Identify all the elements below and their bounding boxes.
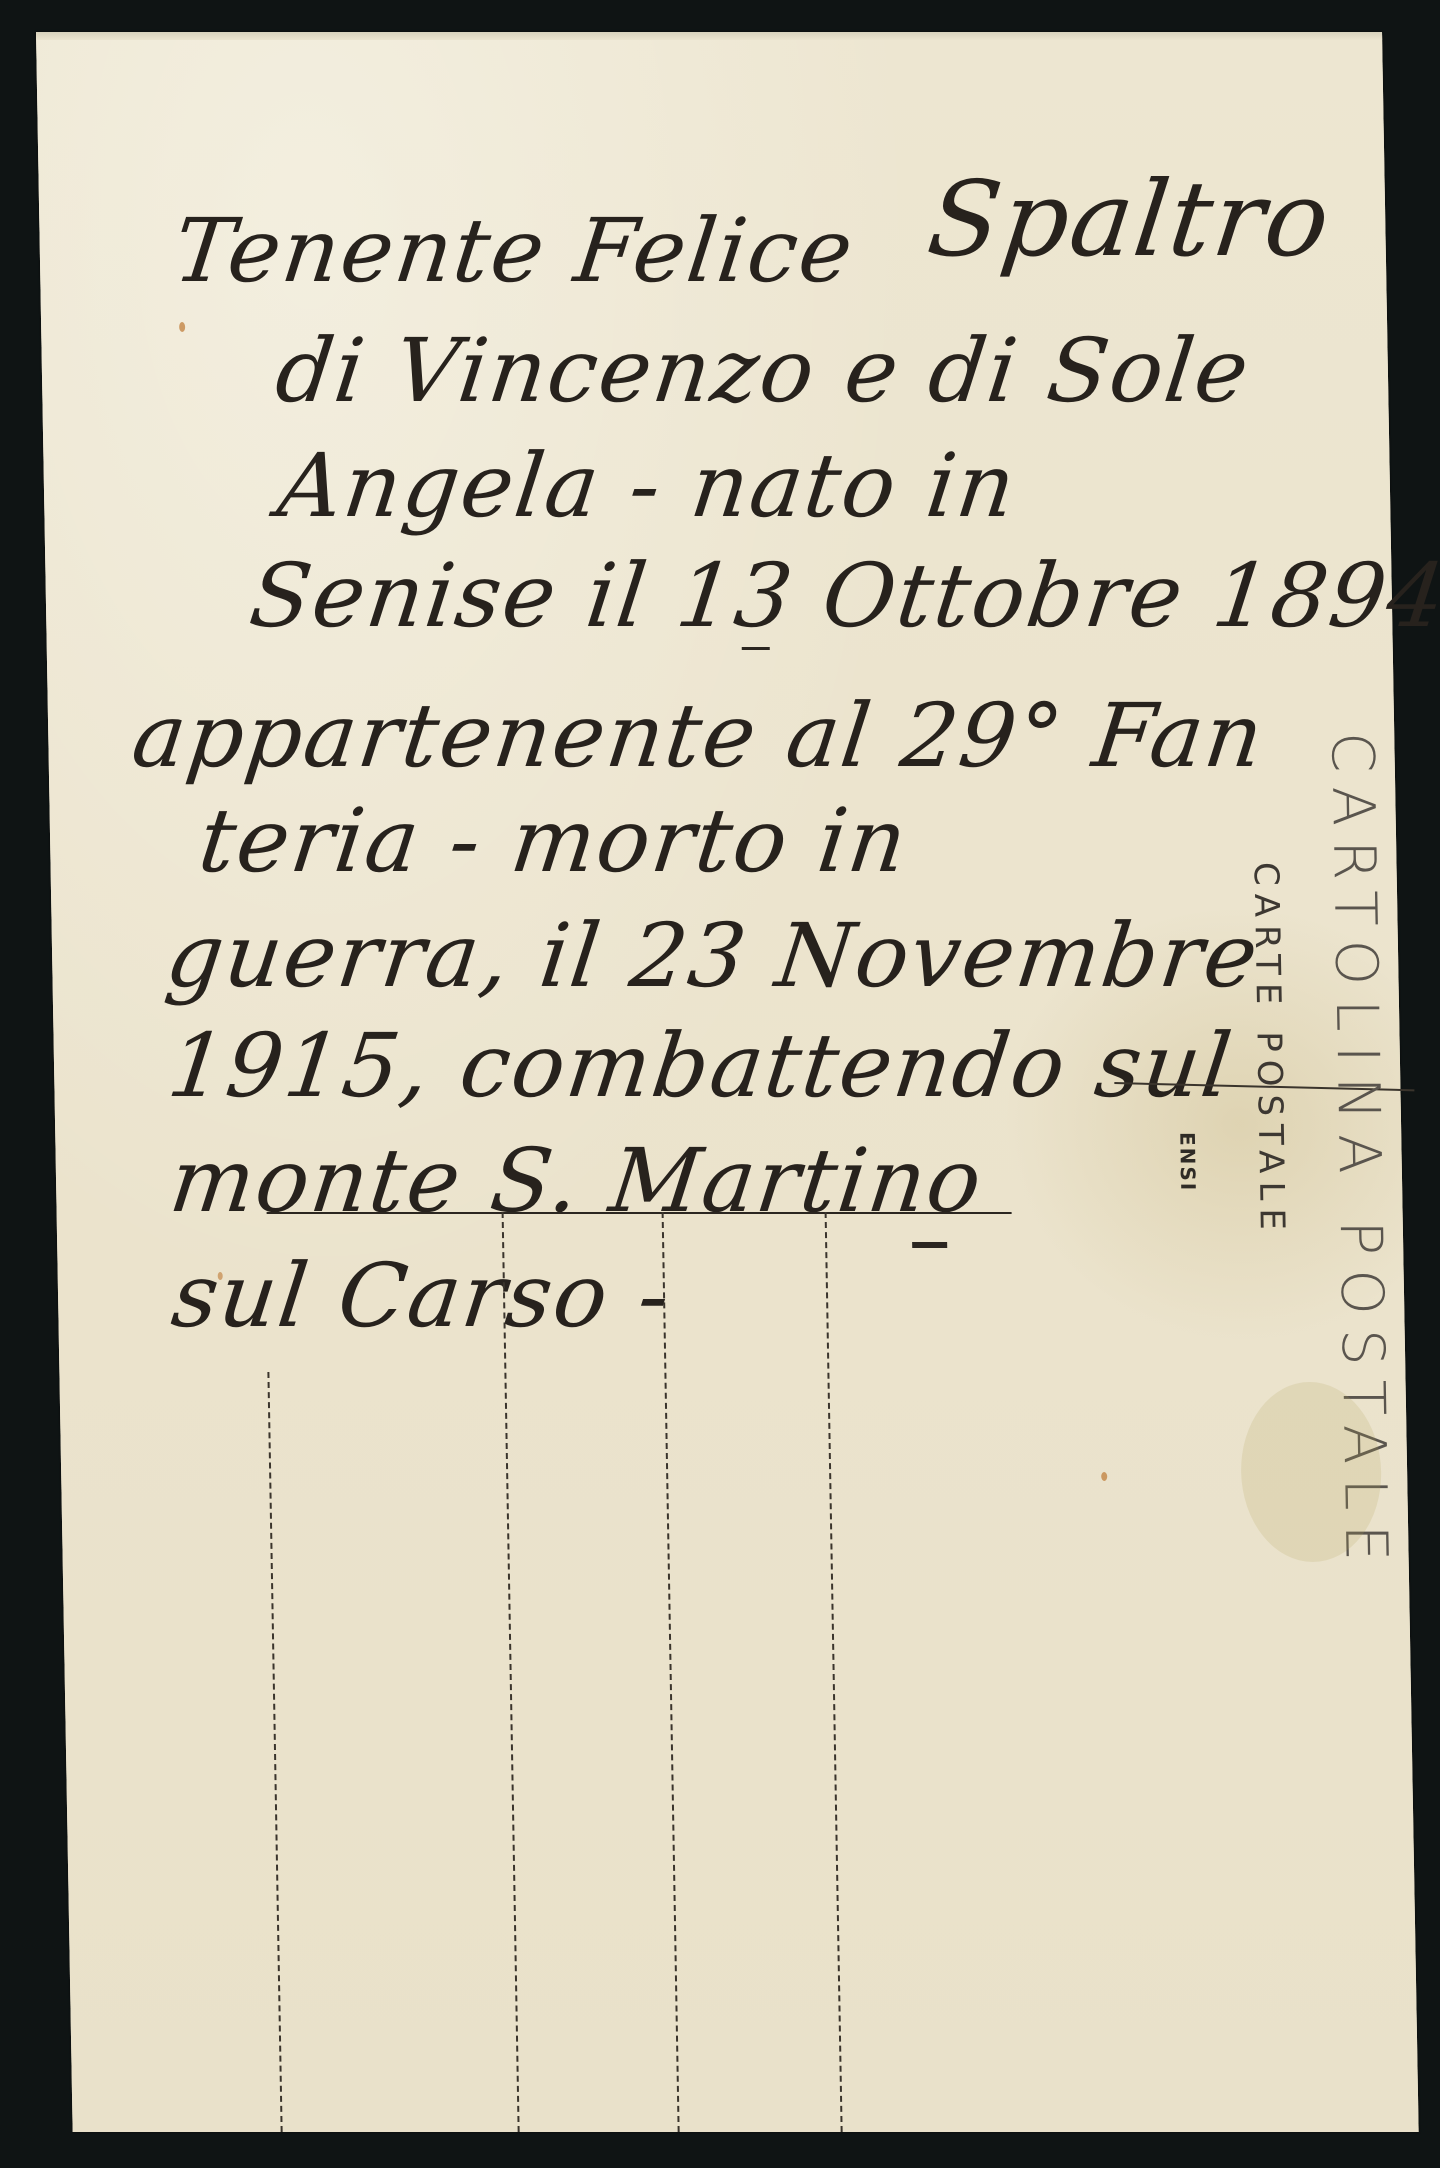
foxing-spot [218, 1272, 223, 1280]
hw-line-4: Senise il 13 Ottobre 1894 [245, 552, 1440, 640]
closing-dash [912, 1242, 947, 1248]
publisher-imprint: ENSI [1175, 1132, 1200, 1192]
underline [267, 1212, 1012, 1214]
hw-line-7: guerra, il 23 Novembre [162, 912, 1264, 1000]
hw-line-surname: Spaltro [923, 167, 1337, 271]
postcard: Tenente Felice Spaltro di Vincenzo e di … [36, 32, 1419, 2132]
address-line-1 [267, 1372, 282, 2132]
hw-line-6: teria - morto in [195, 797, 913, 885]
carte-postale-label: CARTE POSTALE [1245, 862, 1292, 1238]
hw-line-3: Angela - nato in [274, 442, 1022, 530]
hw-line-1: Tenente Felice [169, 207, 859, 295]
foxing-spot [1101, 1472, 1107, 1481]
foxing-spot [179, 322, 185, 332]
card-top-edge [36, 32, 1382, 40]
hw-line-10: sul Carso - [168, 1252, 677, 1340]
address-line-4 [825, 1212, 843, 2132]
address-line-2 [502, 1212, 520, 2132]
mark-dash [742, 647, 770, 650]
hw-line-5: appartenente al 29° Fan [128, 692, 1270, 780]
hw-line-2: di Vincenzo e di Sole [272, 327, 1255, 415]
address-line-3 [662, 1212, 680, 2132]
hw-line-8: 1915, combattendo sul [164, 1022, 1238, 1110]
